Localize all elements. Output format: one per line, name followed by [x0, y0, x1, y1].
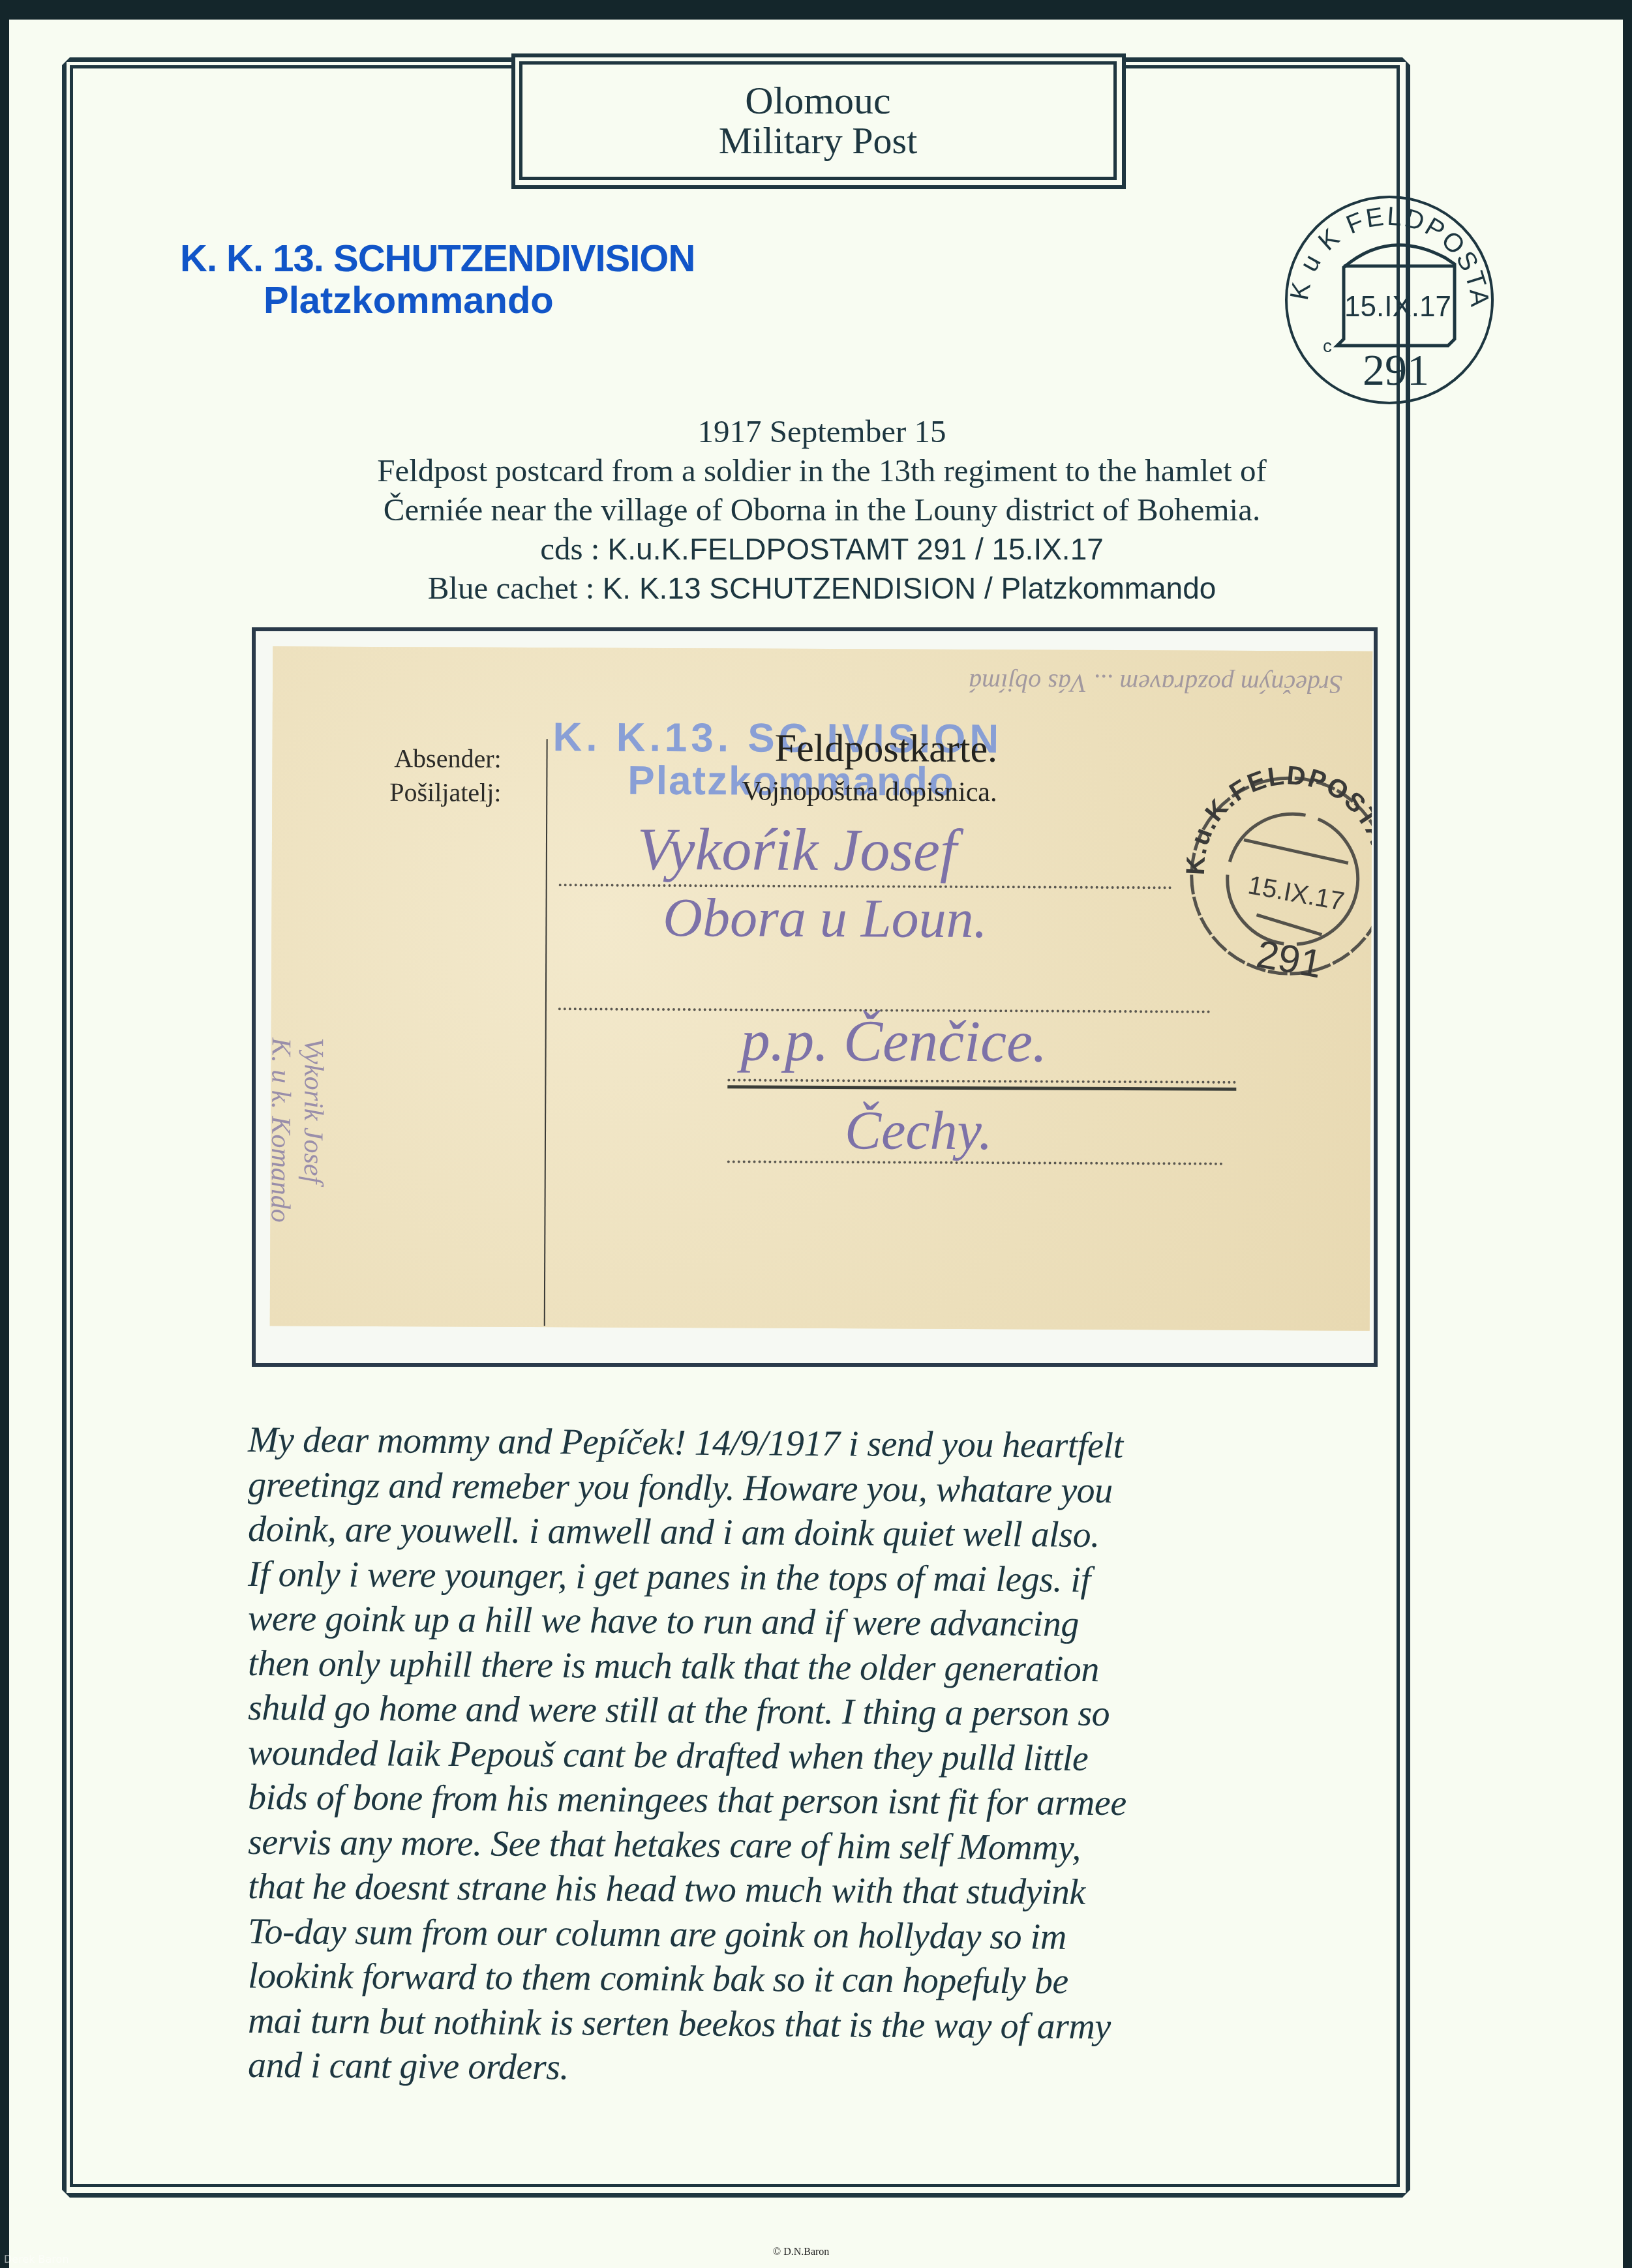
feldpost-postmark-icon: K.u.K.FELDPOSTAMT 15.IX.17 291 — [1178, 764, 1372, 980]
cachet-heading-line2: Platzkommando — [180, 280, 695, 321]
addressee-country: Čechy. — [845, 1099, 993, 1163]
translation-line: were goink up a hill we have to run and … — [248, 1596, 1376, 1649]
sender-handwriting: Vykorik Josef K. u k. Komando Inf. reg. … — [270, 1037, 330, 1331]
sender-divider — [544, 739, 548, 1326]
cds-postmark-icon: K u K FELDPOSTAMT 15.IX.17 291 c — [1259, 176, 1520, 417]
card-subtitle: Vojnopoštna dopisnica. — [742, 775, 997, 808]
watermark: Derek Baron — [4, 2253, 69, 2265]
translation-line: mai turn but nothink is serten beekos th… — [248, 1998, 1376, 2051]
translation-line: shuld go home and were still at the fron… — [248, 1686, 1376, 1738]
sender-labels: Absender: Pošiljatelj: — [389, 741, 502, 810]
translation-line: If only i were younger, i get panes in t… — [248, 1551, 1376, 1604]
description-cachet: Blue cachet : K. K.13 SCHUTZENDISION / P… — [248, 569, 1396, 608]
cds-number: 291 — [1363, 345, 1429, 395]
address-line-4 — [727, 1160, 1223, 1165]
translation-line: and i cant give orders. — [248, 2043, 1376, 2096]
address-line-3 — [727, 1079, 1236, 1083]
translation-line: My dear mommy and Pepíček! 14/9/1917 i s… — [248, 1418, 1376, 1470]
upside-down-note: Srdečným pozdravem ... Vás objímá — [299, 665, 1342, 700]
svg-text:K.u.K.FELDPOSTAMT: K.u.K.FELDPOSTAMT — [1178, 764, 1372, 876]
addressee-place: Obora u Loun. — [663, 886, 987, 951]
translation-line: doink, are youwell. i amwell and i am do… — [248, 1507, 1376, 1560]
description-line2: Černiée near the village of Oborna in th… — [248, 490, 1396, 530]
addressee-post: p.p. Čenčice. — [740, 1007, 1047, 1075]
letter-translation: My dear mommy and Pepíček! 14/9/1917 i s… — [248, 1422, 1376, 2092]
cds-letter: c — [1323, 336, 1332, 356]
svg-text:K u K FELDPOSTAMT: K u K FELDPOSTAMT — [1259, 176, 1494, 310]
page-subtitle: Military Post — [719, 121, 918, 161]
title-box: Olomouc Military Post — [519, 61, 1117, 180]
cds-arc-text: K u K FELDPOSTAMT — [1259, 176, 1494, 310]
card-title: Feldpostkarte. — [774, 726, 997, 771]
description-cds: cds : K.u.K.FELDPOSTAMT 291 / 15.IX.17 — [248, 530, 1396, 569]
address-underline — [727, 1085, 1236, 1090]
description-line1: Feldpost postcard from a soldier in the … — [248, 451, 1396, 490]
translation-line: bids of bone from his meningees that per… — [248, 1775, 1376, 1828]
svg-text:15.IX.17: 15.IX.17 — [1246, 871, 1346, 916]
postcard-image: Srdečným pozdravem ... Vás objímá Absend… — [270, 646, 1373, 1330]
translation-line: that he doesnt strane his head two much … — [248, 1864, 1376, 1917]
page-title: Olomouc — [745, 80, 890, 121]
addressee-name: Vykoŕik Josef — [637, 814, 957, 885]
description-date: 1917 September 15 — [248, 412, 1396, 451]
copyright-credit: © D.N.Baron — [773, 2246, 829, 2258]
cachet-heading: K. K. 13. SCHUTZENDIVISION Platzkommando — [180, 238, 695, 321]
translation-line: To-day sum from our column are goink on … — [248, 1909, 1376, 1962]
translation-line: then only uphill there is much talk that… — [248, 1641, 1376, 1694]
cachet-heading-line1: K. K. 13. SCHUTZENDIVISION — [180, 238, 695, 280]
cds-date: 15.IX.17 — [1344, 291, 1451, 323]
translation-line: servis any more. See that hetakes care o… — [248, 1819, 1376, 1872]
translation-line: wounded laik Pepouš cant be drafted when… — [248, 1730, 1376, 1783]
translation-line: greetingz and remeber you fondly. Howare… — [248, 1462, 1376, 1515]
translation-line: lookink forward to them comink bak so it… — [248, 1954, 1376, 2007]
description: 1917 September 15 Feldpost postcard from… — [248, 412, 1396, 608]
